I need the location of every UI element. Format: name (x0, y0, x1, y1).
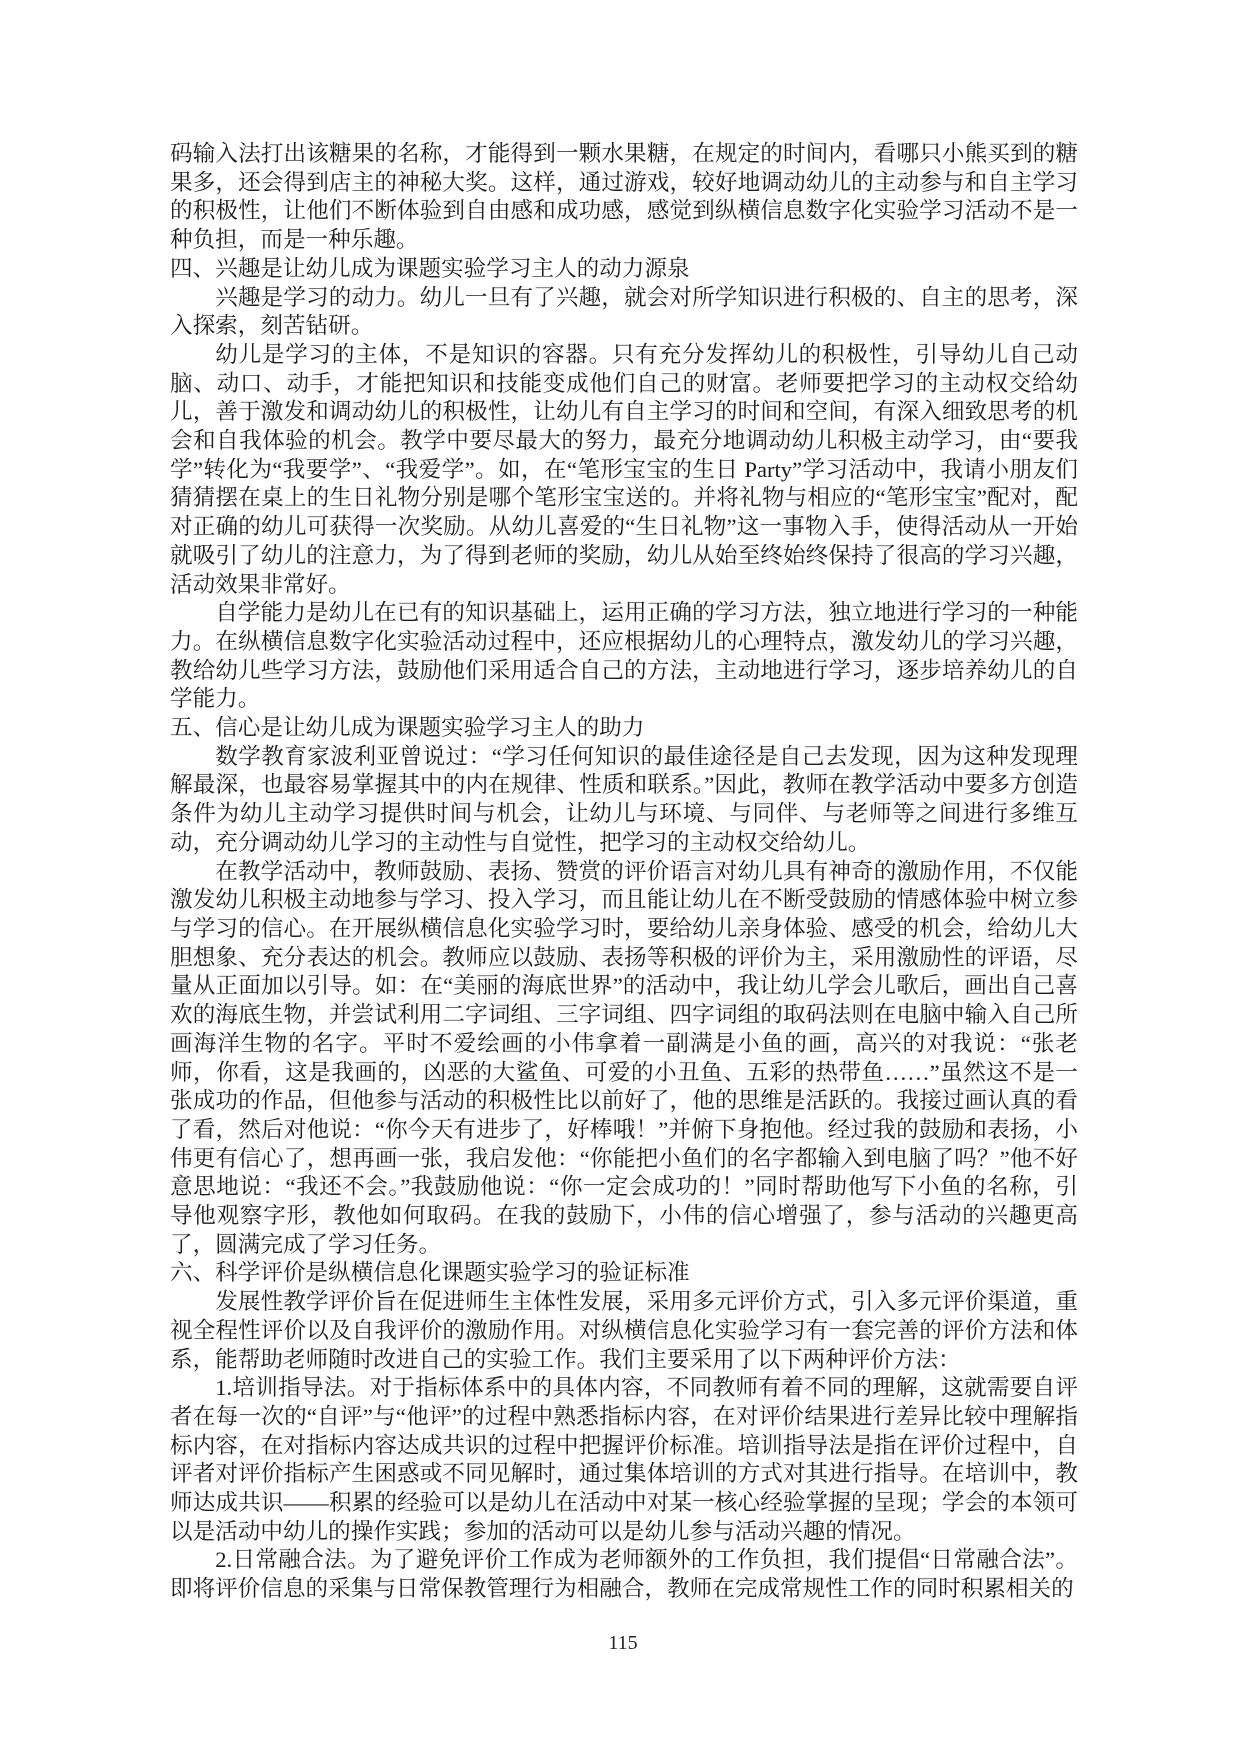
section-heading: 六、科学评价是纵横信息化课题实验学习的验证标准 (170, 1259, 1078, 1288)
paragraph: 2.日常融合法。为了避免评价工作成为老师额外的工作负担，我们提倡“日常融合法”。… (170, 1546, 1078, 1603)
paragraph: 幼儿是学习的主体，不是知识的容器。只有充分发挥幼儿的积极性，引导幼儿自己动脑、动… (170, 341, 1078, 599)
text-column: 码输入法打出该糖果的名称，才能得到一颗水果糖，在规定的时间内，看哪只小熊买到的糖… (170, 140, 1078, 1604)
document-page: 码输入法打出该糖果的名称，才能得到一颗水果糖，在规定的时间内，看哪只小熊买到的糖… (0, 0, 1246, 1763)
paragraph: 码输入法打出该糖果的名称，才能得到一颗水果糖，在规定的时间内，看哪只小熊买到的糖… (170, 140, 1078, 255)
paragraph: 发展性教学评价旨在促进师生主体性发展，采用多元评价方式，引入多元评价渠道，重视全… (170, 1288, 1078, 1374)
section-heading: 四、兴趣是让幼儿成为课题实验学习主人的动力源泉 (170, 255, 1078, 284)
section-heading: 五、信心是让幼儿成为课题实验学习主人的助力 (170, 714, 1078, 743)
paragraph: 兴趣是学习的动力。幼儿一旦有了兴趣，就会对所学知识进行积极的、自主的思考，深入探… (170, 284, 1078, 341)
page-number: 115 (0, 1632, 1246, 1655)
paragraph: 1.培训指导法。对于指标体系中的具体内容，不同教师有着不同的理解，这就需要自评者… (170, 1374, 1078, 1546)
paragraph: 自学能力是幼儿在已有的知识基础上，运用正确的学习方法，独立地进行学习的一种能力。… (170, 599, 1078, 714)
paragraph: 数学教育家波利亚曾说过：“学习任何知识的最佳途径是自己去发现，因为这种发现理解最… (170, 743, 1078, 858)
paragraph: 在教学活动中，教师鼓励、表扬、赞赏的评价语言对幼儿具有神奇的激励作用，不仅能激发… (170, 858, 1078, 1260)
